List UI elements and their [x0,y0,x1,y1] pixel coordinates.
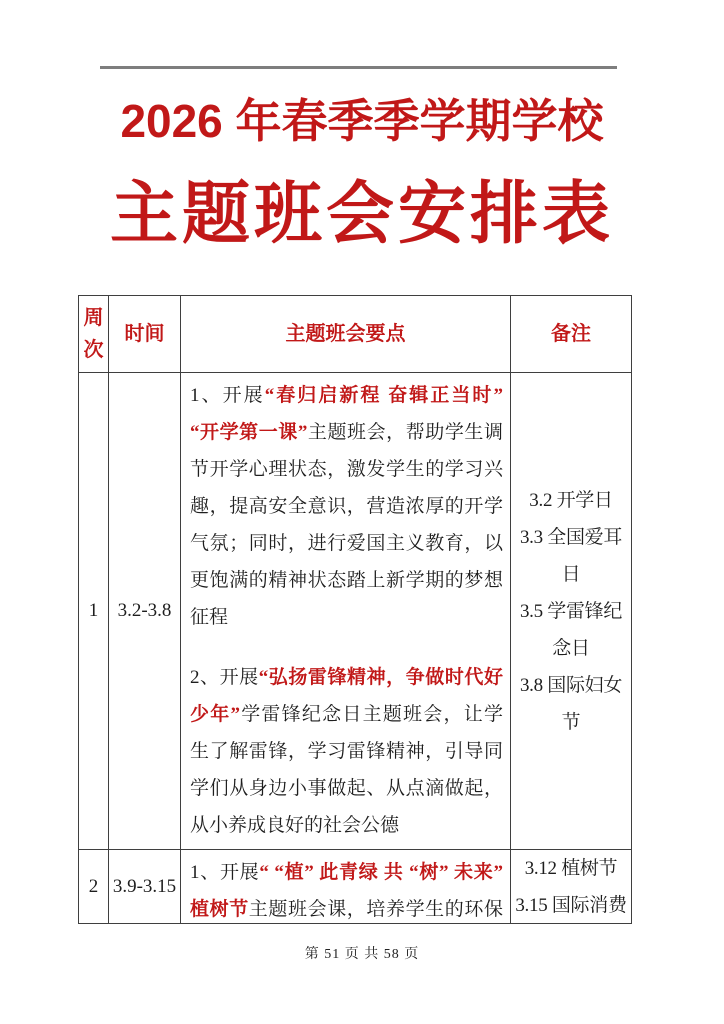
notes-cell: 3.2 开学日 3.3 全国爱耳日 3.5 学雷锋纪念日 3.8 国际妇女节 [511,373,631,850]
page-number-indicator: 第 51 页 共 58 页 [0,943,724,963]
note-item: 3.5 学雷锋纪念日 [512,593,630,667]
column-header-topics: 主题班会要点 [181,296,511,373]
document-title-line2: 主题班会安排表 [0,166,724,262]
document-title-line1: 2026 年春季季学期学校 [0,90,724,152]
note-item: 3.12 植树节 [525,850,618,887]
time-cell: 3.9-3.15 [109,850,181,923]
week-cell: 2 [79,850,109,923]
column-header-week: 周次 [79,296,109,373]
topic-paragraph: 2、开展“弘扬雷锋精神，争做时代好少年”学雷锋纪念日主题班会，让学生了解雷锋，学… [190,659,503,844]
note-item: 3.3 全国爱耳日 [512,519,630,593]
column-header-notes: 备注 [511,296,631,373]
topic-text: 主题班会，帮助学生调节开学心理状态，激发学生的学习兴趣，提高安全意识，营造浓厚的… [190,422,503,628]
document-page: 2026 年春季季学期学校 主题班会安排表 周次 时间 主题班会要点 备注 1 … [0,0,724,1024]
column-header-time: 时间 [109,296,181,373]
topic-text: 1、开展 [190,385,265,406]
topics-cell: 1、开展“ “植” 此青绿 共 “树” 未来”植树节主题班会课，培养学生的环保意… [181,850,511,923]
topic-text: 2、开展 [190,667,259,688]
topics-cell: 1、开展“春归启新程 奋辑正当时” “开学第一课”主题班会，帮助学生调节开学心理… [181,373,511,850]
topic-paragraph: 1、开展“春归启新程 奋辑正当时” “开学第一课”主题班会，帮助学生调节开学心理… [190,377,503,636]
time-cell: 3.2-3.8 [109,373,181,850]
notes-cell: 3.12 植树节 3.15 国际消费 [511,850,631,923]
note-item: 3.15 国际消费 [515,887,626,924]
schedule-table: 周次 时间 主题班会要点 备注 1 3.2-3.8 1、开展“春归启新程 奋辑正… [78,295,632,924]
note-item: 3.2 开学日 [529,482,612,519]
topic-text: 1、开展 [190,862,259,883]
week-cell: 1 [79,373,109,850]
header-rule-line [100,66,617,69]
topic-paragraph: 1、开展“ “植” 此青绿 共 “树” 未来”植树节主题班会课，培养学生的环保意… [190,854,503,923]
note-item: 3.8 国际妇女节 [512,667,630,741]
